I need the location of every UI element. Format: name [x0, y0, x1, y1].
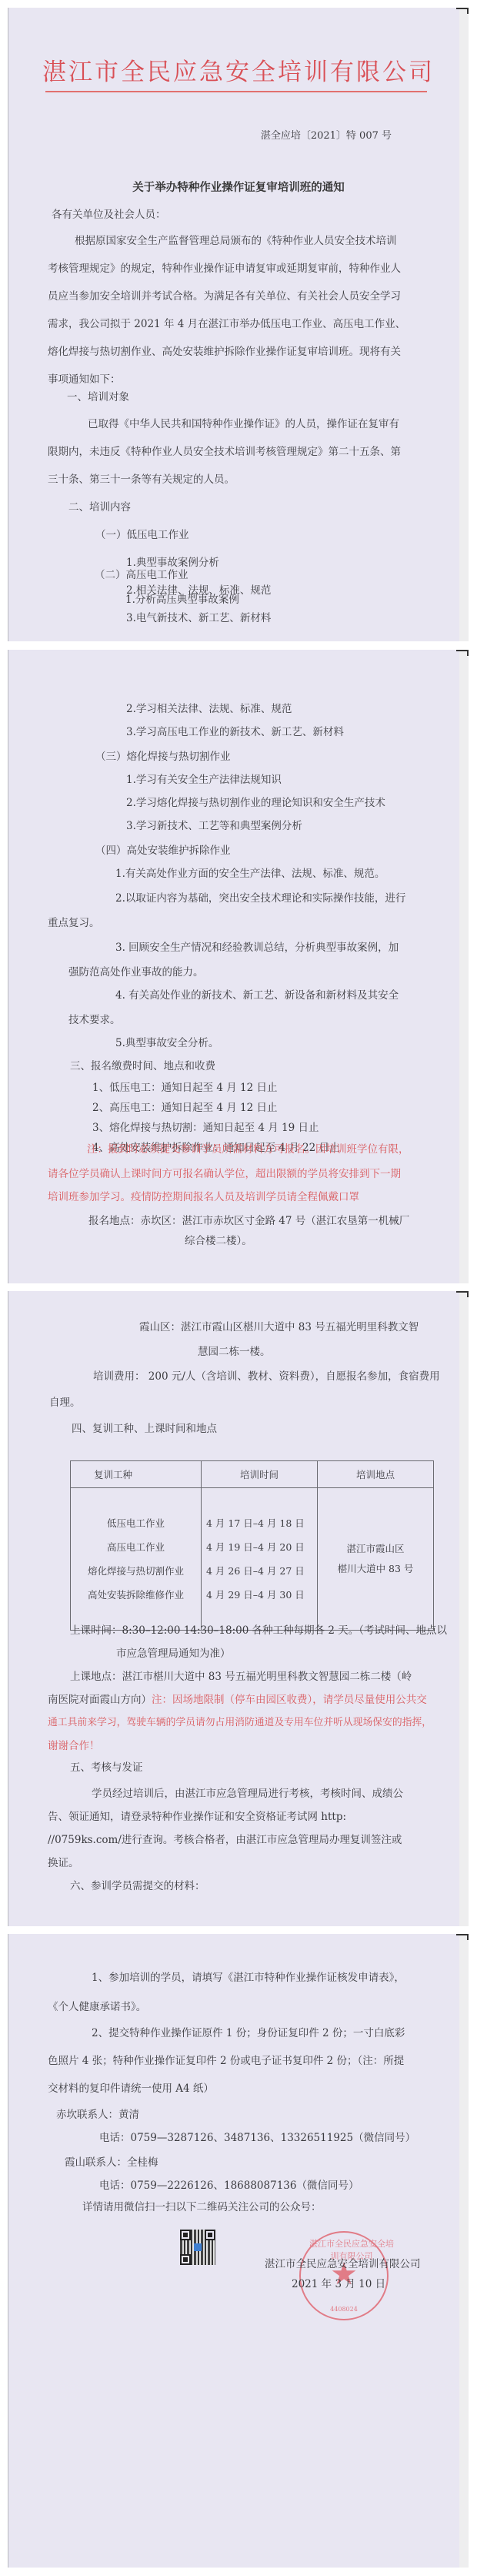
material-item: 2、提交特种作业操作证原件 1 份；身份证复印件 2 份；一寸白底彩: [92, 2026, 405, 2040]
section-heading: 一、培训对象: [67, 390, 129, 404]
document-page-4: 1、参加培训的学员，请填写《湛江市特种作业操作证核发申请表》， 《个人健康承诺书…: [8, 1934, 469, 2568]
course-type-cell: 低压电工作业 高压电工作业 熔化焊接与热切割作业 高处安装拆除维修作业: [71, 1488, 202, 1631]
material-item: 交材料的复印件请统一使用 A4 纸）: [48, 2082, 214, 2096]
list-item: 4. 有关高处作业的新技术、新工艺、新设备和新材料及其安全: [115, 989, 399, 1002]
course-time: 4 月 17 日–4 月 18 日: [206, 1511, 316, 1535]
training-fee: 自理。: [49, 1396, 81, 1410]
signature-date: 2021 年 3 月 10 日: [292, 2277, 385, 2291]
deadline-item: 1、低压电工：通知日起至 4 月 12 日止: [92, 1081, 278, 1095]
course-type: 低压电工作业: [72, 1511, 200, 1535]
course-time: 4 月 19 日–4 月 20 日: [206, 1535, 316, 1559]
registration-note: 培训班参加学习。疫情防控期间报名人员及培训学员请全程佩戴口罩: [48, 1190, 359, 1204]
table-header-row: 复训工种 培训时间 培训地点: [71, 1461, 434, 1488]
xiashan-phone: 电话：0759—2226126、18688087136（微信同号）: [99, 2179, 359, 2193]
subsection-heading: （一）低压电工作业: [95, 528, 189, 542]
course-type: 高压电工作业: [72, 1535, 200, 1559]
parking-note: 注：因场地限制（停车由园区收费），请学员尽量使用公共交: [152, 1694, 427, 1706]
document-number: 湛全应培〔2021〕特 007 号: [261, 129, 392, 143]
section-body-line: //0759ks.com/进行查询。考核合格者，由湛江市应急管理局办理复训签注或: [48, 1833, 402, 1847]
deadline-item: 3、熔化焊接与热切割：通知日起至 4 月 19 日止: [92, 1121, 319, 1135]
wechat-hint: 详情请用微信扫一扫以下二维码关注公司的公众号：: [82, 2200, 322, 2214]
course-type: 高处安装拆除维修作业: [72, 1583, 200, 1607]
section-heading: 二、培训内容: [68, 500, 131, 514]
letterhead: 湛江市全民应急安全培训有限公司: [8, 52, 469, 87]
section-body-line: 限期内，未违反《特种作业人员安全技术培训考核管理规定》第二十五条、第: [48, 445, 401, 459]
section-heading: 四、复训工种、上课时间和地点: [72, 1422, 217, 1436]
document-page-2: 2.学习相关法律、法规、标准、规范 3.学习高压电工作业的新技术、新工艺、新材料…: [8, 650, 469, 1283]
course-location: 湛江市霞山区: [319, 1539, 432, 1559]
page-corner-mark: [456, 8, 469, 14]
class-time: 市应急管理局通知为准）: [116, 1647, 231, 1661]
registration-place: 报名地点：赤坎区：湛江市赤坎区寸金路 47 号（湛江农垦第一机械厂: [88, 1214, 409, 1228]
list-item: 强防范高处作业事故的能力。: [68, 965, 204, 979]
intro-line: 考核管理规定》的规定，特种作业操作证申请复审或延期复审前，特种作业人: [48, 262, 401, 276]
qr-logo: [194, 2243, 202, 2251]
material-item: 《个人健康承诺书》。: [48, 2000, 146, 2014]
section-body-line: 换证。: [48, 1856, 79, 1870]
list-item: 1.有关高处作业方面的安全生产法律、法规、标准、规范。: [115, 867, 385, 881]
page-corner-mark: [456, 1934, 469, 1940]
xiashan-contact: 霞山联系人：全桂梅: [65, 2156, 158, 2170]
document-page-3: 霞山区：湛江市霞山区椹川大道中 83 号五福光明里科教文智 慧园二栋一楼。 培训…: [8, 1291, 469, 1926]
section-heading: 六、参训学员需提交的材料：: [70, 1879, 205, 1893]
class-place: 上课地点：湛江市椹川大道中 83 号五福光明里科教文智慧园二栋二楼（岭: [70, 1670, 412, 1684]
course-time: 4 月 29 日–4 月 30 日: [206, 1583, 316, 1607]
qr-code-icon[interactable]: [180, 2230, 215, 2265]
table-header: 培训时间: [202, 1461, 318, 1488]
page-corner-mark: [456, 1291, 469, 1297]
registration-note: 请各位学员确认上课时间方可报名确认学位，超出限额的学员将安排到下一期: [48, 1167, 401, 1181]
intro-line: 熔化焊接与热切割作业、高处安装维护拆除作业操作证复审培训班。现将有关: [48, 345, 401, 359]
intro-line: 根据原国家安全生产监督管理总局颁布的《特种作业人员安全技术培训: [75, 234, 397, 248]
list-item: 2.学习熔化焊接与热切割作业的理论知识和安全生产技术: [126, 796, 385, 810]
table-row: 低压电工作业 高压电工作业 熔化焊接与热切割作业 高处安装拆除维修作业 4 月 …: [71, 1488, 434, 1631]
parking-note: 谢谢合作！: [48, 1739, 100, 1753]
subsection-heading: （四）高处安装维护拆除作业: [95, 844, 231, 858]
intro-line: 员应当参加安全培训并考试合格。为满足各有关单位、有关社会人员安全学习: [48, 289, 401, 303]
table-header: 培训地点: [318, 1461, 434, 1488]
list-item: 3.学习高压电工作业的新技术、新工艺、新材料: [126, 725, 344, 739]
section-body-line: 已取得《中华人民共和国特种作业操作证》的人员，操作证在复审有: [88, 417, 399, 431]
chikan-contact: 赤坎联系人：黄清: [56, 2108, 139, 2122]
section-heading: 三、报名缴费时间、地点和收费: [70, 1059, 215, 1073]
registration-place: 综合楼二楼）。: [185, 1234, 252, 1248]
list-item: 技术要求。: [68, 1013, 121, 1027]
list-item: 2.以取证内容为基础，突出安全技术理论和实际操作技能，进行: [115, 892, 405, 905]
list-item: 3.电气新技术、新工艺、新材料: [126, 611, 271, 625]
deadline-item: 2、高压电工：通知日起至 4 月 12 日止: [92, 1101, 278, 1115]
material-item: 1、参加培训的学员，请填写《湛江市特种作业操作证核发申请表》，: [92, 1971, 405, 1985]
registration-note: 注：报到时必须提交参训学员所需材料方可报名。因培训班学位有限，: [87, 1142, 409, 1156]
document-page-1: 湛江市全民应急安全培训有限公司 湛全应培〔2021〕特 007 号 关于举办特种…: [8, 8, 469, 641]
table-header: 复训工种: [71, 1461, 202, 1488]
company-seal: 湛江市全民应急安全培训有限公司 ★ 4408024: [299, 2231, 389, 2320]
list-item: 1.分析高压典型事故案例: [125, 593, 239, 607]
material-item: 色照片 4 张；特种作业操作证复印件 2 份或电子证书复印件 2 份；（注：所提: [48, 2054, 404, 2068]
letterhead-rule: [45, 91, 427, 92]
course-location: 椹川大道中 83 号: [319, 1559, 432, 1579]
subsection-heading: （三）熔化焊接与热切割作业: [95, 750, 231, 764]
parking-note: 通工具前来学习，驾驶车辆的学员请勿占用消防通道及专用车位并听从现场保安的指挥，: [48, 1716, 432, 1730]
salutation: 各有关单位及社会人员：: [52, 208, 166, 222]
page-corner-mark: [456, 650, 469, 656]
section-body-line: 学员经过培训后，由湛江市应急管理局进行考核，考核时间、成绩公: [92, 1787, 403, 1801]
list-item: 重点复习。: [48, 916, 100, 930]
training-fee: 培训费用： 200 元/人（含培训、教材、资料费），自愿报名参加，食宿费用: [93, 1370, 440, 1383]
signature-company: 湛江市全民应急安全培训有限公司: [265, 2257, 421, 2271]
course-location-cell: 湛江市霞山区 椹川大道中 83 号: [318, 1488, 434, 1631]
schedule-table: 复训工种 培训时间 培训地点 低压电工作业 高压电工作业 熔化焊接与热切割作业 …: [70, 1460, 434, 1631]
section-heading: 五、考核与发证: [70, 1761, 143, 1775]
notice-title: 关于举办特种作业操作证复审培训班的通知: [8, 179, 469, 195]
seal-number: 4408024: [301, 2306, 387, 2313]
qr-finder: [180, 2254, 191, 2265]
list-item: 2.学习相关法律、法规、标准、规范: [126, 702, 292, 716]
list-item: 3. 回顾安全生产情况和经验教训总结，分析典型事故案例，加: [115, 941, 399, 955]
list-item: 3.学习新技术、工艺等和典型案例分析: [126, 819, 302, 833]
class-place: 南医院对面霞山方向）: [48, 1694, 152, 1706]
subsection-heading: （二）高压电工作业: [95, 568, 188, 582]
qr-finder: [205, 2230, 215, 2240]
intro-line: 事项通知如下：: [48, 373, 121, 386]
xiashan-address: 霞山区：湛江市霞山区椹川大道中 83 号五福光明里科教文智: [139, 1320, 419, 1334]
intro-line: 需求，我公司拟于 2021 年 4 月在湛江市举办低压电工作业、高压电工作业、: [48, 317, 405, 331]
section-body-line: 告、领证通知，请登录特种作业操作证和安全资格证考试网 http:: [48, 1810, 346, 1824]
list-item: 1.学习有关安全生产法律法规知识: [126, 773, 282, 787]
chikan-phone: 电话：0759—3287126、3487136、13326511925（微信同号…: [99, 2131, 415, 2145]
class-place-row: 南医院对面霞山方向）注：因场地限制（停车由园区收费），请学员尽量使用公共交: [48, 1693, 427, 1707]
section-body-line: 三十条、第三十一条等有关规定的人员。: [48, 473, 235, 487]
course-time-cell: 4 月 17 日–4 月 18 日 4 月 19 日–4 月 20 日 4 月 …: [202, 1488, 318, 1631]
xiashan-address: 慧园二栋一楼。: [198, 1345, 271, 1359]
course-type: 熔化焊接与热切割作业: [72, 1559, 200, 1583]
qr-finder: [180, 2230, 191, 2240]
class-time: 上课时间：8:30–12:00 14:30–18:00 各种工种每期各 2 天。…: [70, 1624, 447, 1638]
course-time: 4 月 26 日–4 月 27 日: [206, 1559, 316, 1583]
list-item: 5.典型事故安全分析。: [115, 1036, 218, 1050]
